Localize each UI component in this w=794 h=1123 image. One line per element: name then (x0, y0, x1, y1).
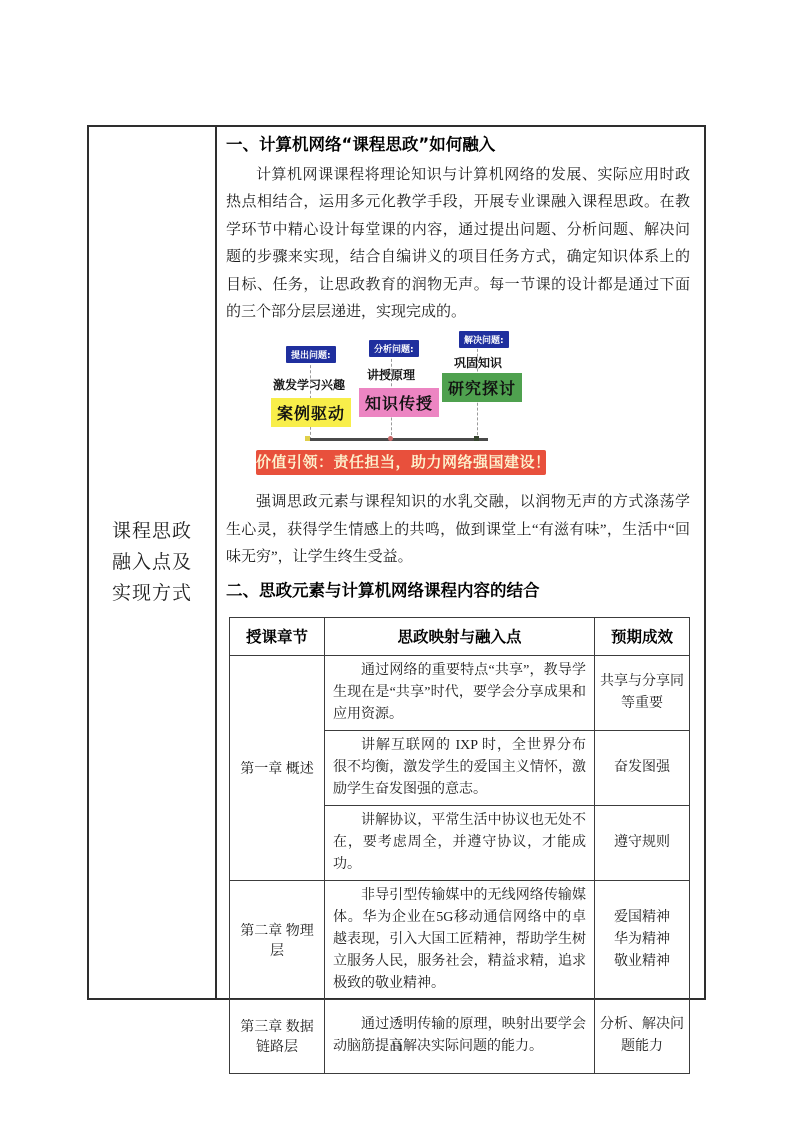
timeline-dot (305, 436, 310, 441)
chapter-cell: 第二章 物理层 (230, 880, 325, 999)
chapter-cell: 第一章 概述 (230, 655, 325, 880)
chapter-cell: 第三章 数据链路层 (230, 999, 325, 1073)
effect-cell: 分析、解决问题能力 (595, 999, 690, 1073)
stage-label-propose: 提出问题: (286, 346, 336, 363)
main-table: 课程思政 融入点及 实现方式 一、计算机网络“课程思政”如何融入 计算机网课课程… (87, 125, 706, 1000)
table-row: 第三章 数据链路层 通过透明传输的原理，映射出要学会动脑筋提高解决实际问题的能力… (230, 999, 690, 1073)
point-text: 讲解协议，平常生活中协议也无处不在，要考虑周全，并遵守协议，才能成功。 (333, 810, 586, 876)
col-header-effect: 预期成效 (595, 617, 690, 655)
point-text: 非导引型传输媒中的无线网络传输媒体。华为企业在5G移动通信网络中的卓越表现，引入… (333, 885, 586, 995)
point-cell: 讲解互联网的 IXP 时，全世界分布很不均衡，激发学生的爱国主义情怀，激励学生奋… (325, 730, 595, 805)
stage-box-case-driven: 案例驱动 (271, 398, 351, 427)
point-cell: 通过透明传输的原理，映射出要学会动脑筋提高解决实际问题的能力。 (325, 999, 595, 1073)
stage-step-solve: 巩固知识 (454, 354, 502, 371)
section1-closing: 强调思政元素与课程知识的水乳交融，以润物无声的方式涤荡学生心灵，获得学生情感上的… (226, 489, 690, 571)
row-header-label: 课程思政 融入点及 实现方式 (112, 516, 192, 609)
stage-box-knowledge-transfer: 知识传授 (359, 388, 439, 417)
col-header-chapter: 授课章节 (230, 617, 325, 655)
integration-table: 授课章节 思政映射与融入点 预期成效 第一章 概述 通过网络的重要特点“共享”，… (229, 617, 690, 1074)
col-header-point: 思政映射与融入点 (325, 617, 595, 655)
section1-heading: 一、计算机网络“课程思政”如何融入 (226, 133, 690, 157)
stage-step-analyze: 讲授原理 (367, 366, 415, 383)
row-header-cell: 课程思政 融入点及 实现方式 (89, 127, 217, 998)
stage-label-analyze: 分析问题: (369, 340, 419, 357)
table-row: 第二章 物理层 非导引型传输媒中的无线网络传输媒体。华为企业在5G移动通信网络中… (230, 880, 690, 999)
table-header-row: 授课章节 思政映射与融入点 预期成效 (230, 617, 690, 655)
content-cell: 一、计算机网络“课程思政”如何融入 计算机网课课程将理论知识与计算机网络的发展、… (217, 127, 704, 998)
point-cell: 讲解协议，平常生活中协议也无处不在，要考虑周全，并遵守协议，才能成功。 (325, 805, 595, 880)
effect-cell: 遵守规则 (595, 805, 690, 880)
table-row: 第一章 概述 通过网络的重要特点“共享”，教导学生现在是“共享”时代，要学会分享… (230, 655, 690, 730)
section2-heading: 二、思政元素与计算机网络课程内容的结合 (226, 579, 690, 603)
point-cell: 通过网络的重要特点“共享”，教导学生现在是“共享”时代，要学会分享成果和应用资源… (325, 655, 595, 730)
teaching-flow-diagram: 提出问题: 激发学习兴趣 案例驱动 分析问题: 讲授原理 知识传授 解决问题: … (226, 329, 690, 481)
value-banner: 价值引领：责任担当，助力网络强国建设！ (256, 450, 546, 475)
page-number: 11 (0, 1039, 794, 1055)
point-cell: 非导引型传输媒中的无线网络传输媒体。华为企业在5G移动通信网络中的卓越表现，引入… (325, 880, 595, 999)
stage-step-propose: 激发学习兴趣 (273, 376, 345, 393)
timeline-dot (474, 436, 479, 441)
stage-label-solve: 解决问题: (459, 331, 509, 348)
point-text: 讲解互联网的 IXP 时，全世界分布很不均衡，激发学生的爱国主义情怀，激励学生奋… (333, 735, 586, 801)
effect-cell: 奋发图强 (595, 730, 690, 805)
effect-cell: 共享与分享同等重要 (595, 655, 690, 730)
timeline (306, 438, 488, 440)
section1-paragraph: 计算机网课课程将理论知识与计算机网络的发展、实际应用时政热点相结合，运用多元化教… (226, 162, 690, 326)
stage-box-research-discuss: 研究探讨 (442, 373, 522, 402)
point-text: 通过网络的重要特点“共享”，教导学生现在是“共享”时代，要学会分享成果和应用资源… (333, 660, 586, 726)
effect-cell: 爱国精神 华为精神 敬业精神 (595, 880, 690, 999)
